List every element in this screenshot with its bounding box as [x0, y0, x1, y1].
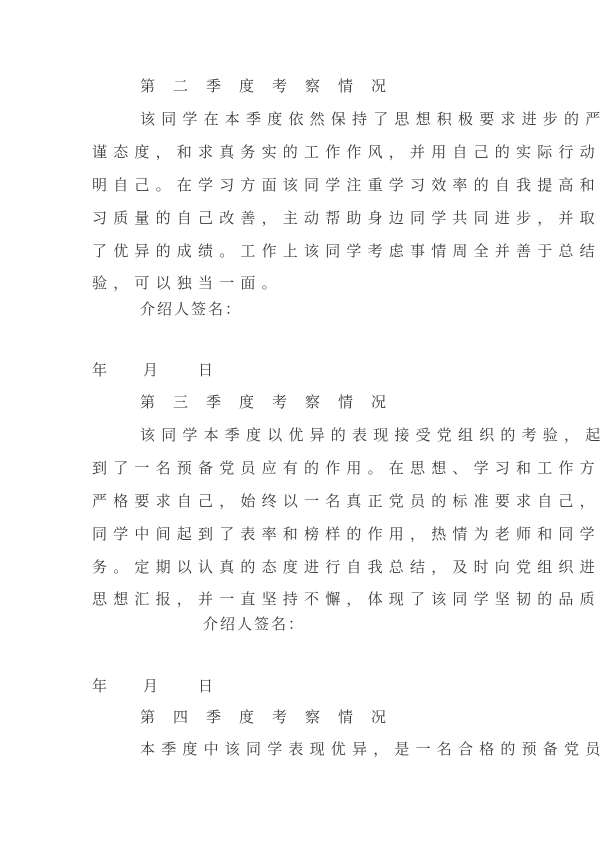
date-month: 月: [143, 360, 158, 380]
paragraph-line: 本季度中该同学表现优异，是一名合格的预备党员。: [140, 739, 600, 759]
title-char: 况: [371, 76, 404, 96]
title-char: 四: [173, 707, 206, 727]
section-title-q3: 第三季度考察情况: [140, 392, 404, 412]
title-char: 察: [305, 76, 338, 96]
paragraph-line: 同学中间起到了表率和榜样的作用，热情为老师和同学服: [92, 524, 600, 544]
signature-label: 介绍人签名：: [140, 299, 242, 319]
paragraph-line: 了优异的成绩。工作上该同学考虑事情周全并善于总结经: [92, 241, 600, 261]
section-title-q4: 第四季度考察情况: [140, 707, 404, 727]
date-day: 日: [198, 676, 213, 696]
paragraph-line: 该同学在本季度依然保持了思想积极要求进步的严: [140, 109, 600, 129]
title-char: 察: [305, 392, 338, 412]
title-char: 察: [305, 707, 338, 727]
paragraph-line: 明自己。在学习方面该同学注重学习效率的自我提高和学: [92, 175, 600, 195]
paragraph-line: 务。定期以认真的态度进行自我总结，及时向党组织进行: [92, 557, 600, 577]
date-year: 年: [92, 360, 107, 380]
document-page: 第二季度考察情况 该同学在本季度依然保持了思想积极要求进步的严 谨态度，和求真务…: [0, 0, 600, 849]
title-char: 考: [272, 392, 305, 412]
section-title-q2: 第二季度考察情况: [140, 76, 404, 96]
title-char: 季: [206, 707, 239, 727]
paragraph-line: 思想汇报，并一直坚持不懈，体现了该同学坚韧的品质。: [92, 589, 600, 609]
title-char: 情: [338, 392, 371, 412]
title-char: 情: [338, 76, 371, 96]
title-char: 二: [173, 76, 206, 96]
paragraph-line: 习质量的自己改善，主动帮助身边同学共同进步，并取得: [92, 208, 600, 228]
paragraph-line: 该同学本季度以优异的表现接受党组织的考验，起: [140, 425, 600, 445]
date-year: 年: [92, 676, 107, 696]
title-char: 情: [338, 707, 371, 727]
paragraph-line: 到了一名预备党员应有的作用。在思想、学习和工作方面: [92, 458, 600, 478]
signature-label: 介绍人签名：: [203, 614, 305, 634]
title-char: 考: [272, 707, 305, 727]
title-char: 况: [371, 707, 404, 727]
title-char: 三: [173, 392, 206, 412]
title-char: 季: [206, 76, 239, 96]
paragraph-line: 严格要求自己，始终以一名真正党员的标准要求自己，在: [92, 491, 600, 511]
title-char: 度: [239, 392, 272, 412]
title-char: 度: [239, 707, 272, 727]
title-char: 第: [140, 707, 173, 727]
title-char: 考: [272, 76, 305, 96]
date-day: 日: [198, 360, 213, 380]
title-char: 第: [140, 76, 173, 96]
date-month: 月: [143, 676, 158, 696]
title-char: 度: [239, 76, 272, 96]
title-char: 况: [371, 392, 404, 412]
paragraph-line: 谨态度，和求真务实的工作作风，并用自己的实际行动证: [92, 142, 600, 162]
title-char: 第: [140, 392, 173, 412]
paragraph-line: 验，可以独当一面。: [92, 273, 283, 293]
title-char: 季: [206, 392, 239, 412]
